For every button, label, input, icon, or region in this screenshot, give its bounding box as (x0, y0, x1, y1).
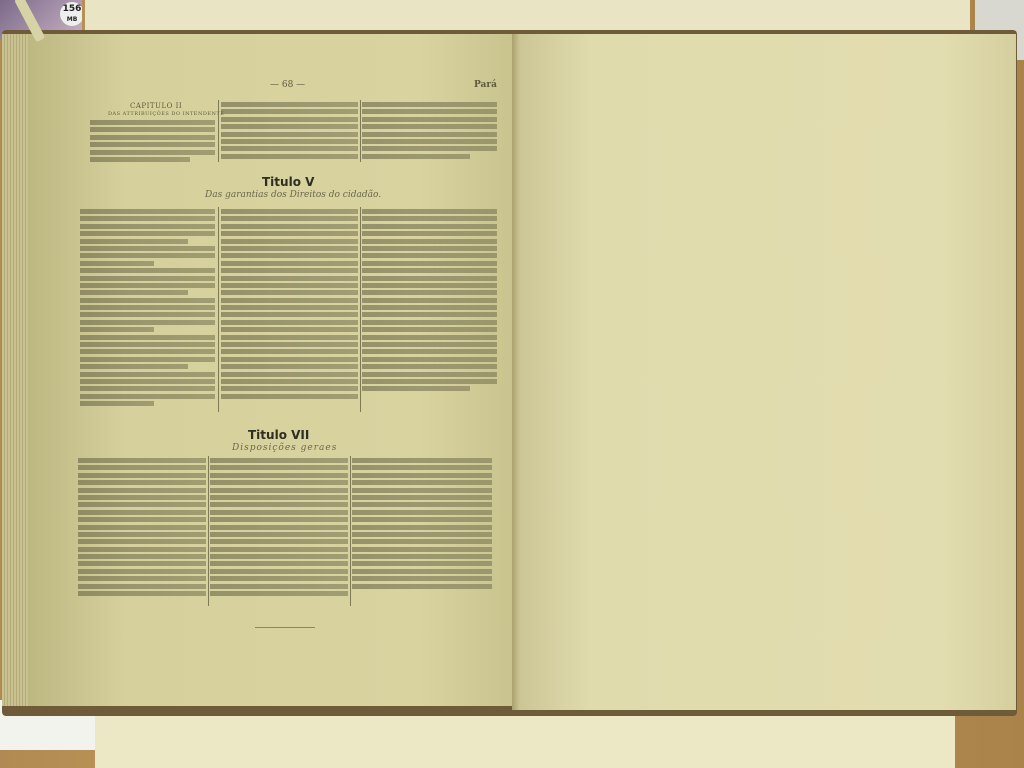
column-rule (208, 456, 209, 606)
section-subtitle: Disposições geraes (232, 443, 337, 453)
text-column (362, 209, 497, 394)
text-column (352, 458, 492, 591)
chapter-title: CAPITULO II (130, 102, 182, 110)
end-rule (255, 627, 315, 628)
section-subtitle: Das garantias dos Direitos do cidadão. (205, 190, 381, 200)
column-rule (360, 207, 361, 412)
chapter-subtitle: DAS ATTRIBUIÇÕES DO INTENDENTE (108, 111, 224, 117)
text-column (78, 458, 206, 598)
page-number: — 68 — (270, 80, 305, 90)
text-column (90, 120, 215, 164)
column-rule (218, 100, 219, 162)
column-rule (360, 100, 361, 162)
section-title: Titulo V (262, 175, 314, 189)
book-spine (512, 34, 520, 710)
running-header: Pará (474, 80, 497, 90)
text-column (221, 102, 358, 161)
text-column (221, 209, 358, 401)
column-rule (350, 456, 351, 606)
text-column (210, 458, 348, 598)
text-column (362, 102, 497, 161)
right-page-blank (516, 34, 1016, 710)
capacity-badge: 156 MB (60, 2, 82, 26)
column-rule (218, 207, 219, 412)
section-title: Titulo VII (248, 428, 309, 442)
text-column (80, 209, 215, 409)
